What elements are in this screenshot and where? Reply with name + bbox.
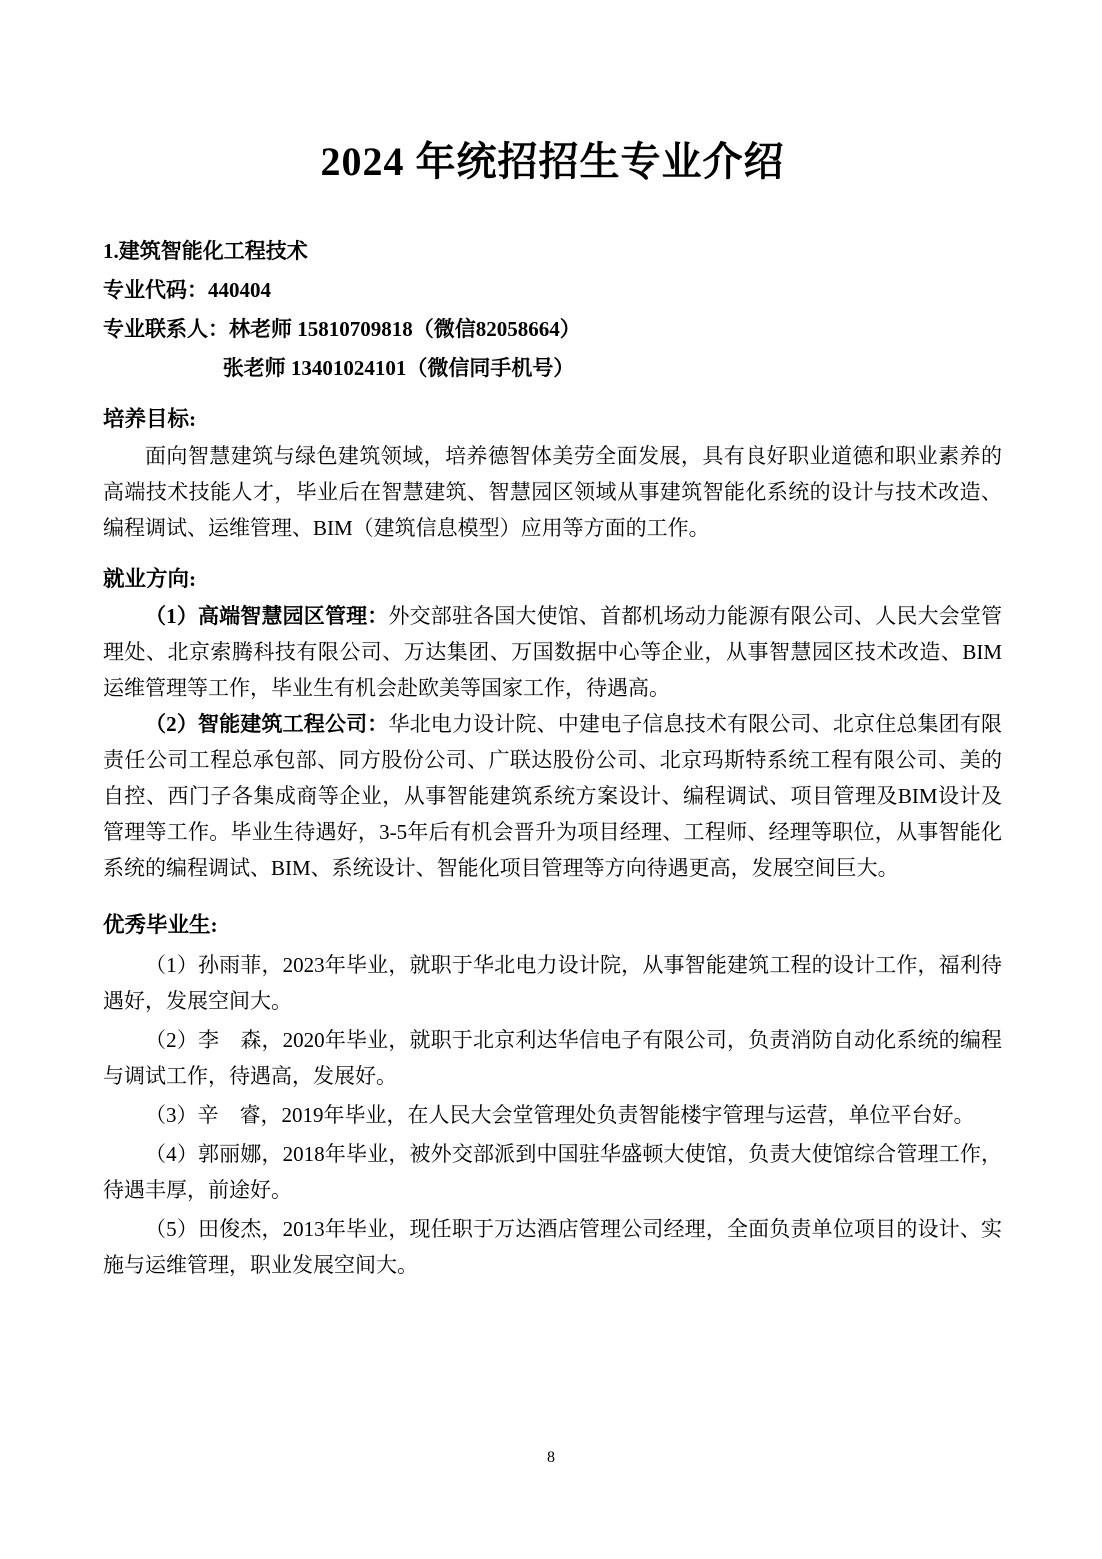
major-contact-label: 专业联系人： — [103, 317, 229, 341]
section-heading-training: 培养目标: — [103, 400, 1002, 438]
major-code-label: 专业代码： — [103, 278, 208, 302]
employment-item-2-text: 华北电力设计院、中建电子信息技术有限公司、北京住总集团有限责任公司工程总承包部、… — [103, 712, 1002, 880]
graduate-item-4: （4）郭丽娜，2018年毕业，被外交部派到中国驻华盛顿大使馆，负责大使馆综合管理… — [103, 1136, 1002, 1208]
employment-item-1-label: （1）高端智慧园区管理： — [145, 604, 388, 628]
page-number: 8 — [0, 1448, 1102, 1468]
major-code-value: 440404 — [208, 278, 271, 302]
employment-item-2: （2）智能建筑工程公司：华北电力设计院、中建电子信息技术有限公司、北京住总集团有… — [103, 706, 1002, 886]
graduate-item-5: （5）田俊杰，2013年毕业，现任职于万达酒店管理公司经理，全面负责单位项目的设… — [103, 1211, 1002, 1283]
section-heading-employment: 就业方向: — [103, 560, 1002, 598]
major-contact-2: 张老师 13401024101（微信同手机号） — [223, 356, 575, 380]
major-contact-line-2: 张老师 13401024101（微信同手机号） — [103, 349, 1002, 388]
graduate-item-1: （1）孙雨菲，2023年毕业，就职于华北电力设计院，从事智能建筑工程的设计工作，… — [103, 947, 1002, 1019]
major-contact-1: 林老师 15810709818（微信82058664） — [229, 317, 581, 341]
major-code-line: 专业代码：440404 — [103, 271, 1002, 310]
document-content: 2024 年统招招生专业介绍 1.建筑智能化工程技术 专业代码：440404 专… — [103, 136, 1002, 1283]
section-heading-graduates: 优秀毕业生: — [103, 906, 1002, 944]
document-title: 2024 年统招招生专业介绍 — [103, 136, 1002, 188]
document-page: 2024 年统招招生专业介绍 1.建筑智能化工程技术 专业代码：440404 专… — [0, 0, 1102, 1559]
major-contact-line-1: 专业联系人：林老师 15810709818（微信82058664） — [103, 310, 1002, 349]
employment-item-2-label: （2）智能建筑工程公司： — [145, 712, 388, 736]
graduate-item-2: （2）李 森，2020年毕业，就职于北京利达华信电子有限公司，负责消防自动化系统… — [103, 1022, 1002, 1094]
employment-item-1: （1）高端智慧园区管理：外交部驻各国大使馆、首都机场动力能源有限公司、人民大会堂… — [103, 598, 1002, 706]
major-heading: 1.建筑智能化工程技术 — [103, 232, 1002, 271]
training-paragraph: 面向智慧建筑与绿色建筑领域，培养德智体美劳全面发展，具有良好职业道德和职业素养的… — [103, 438, 1002, 546]
major-header: 1.建筑智能化工程技术 专业代码：440404 专业联系人：林老师 158107… — [103, 232, 1002, 388]
graduate-item-3: （3）辛 睿，2019年毕业，在人民大会堂管理处负责智能楼宇管理与运营，单位平台… — [103, 1097, 1002, 1133]
